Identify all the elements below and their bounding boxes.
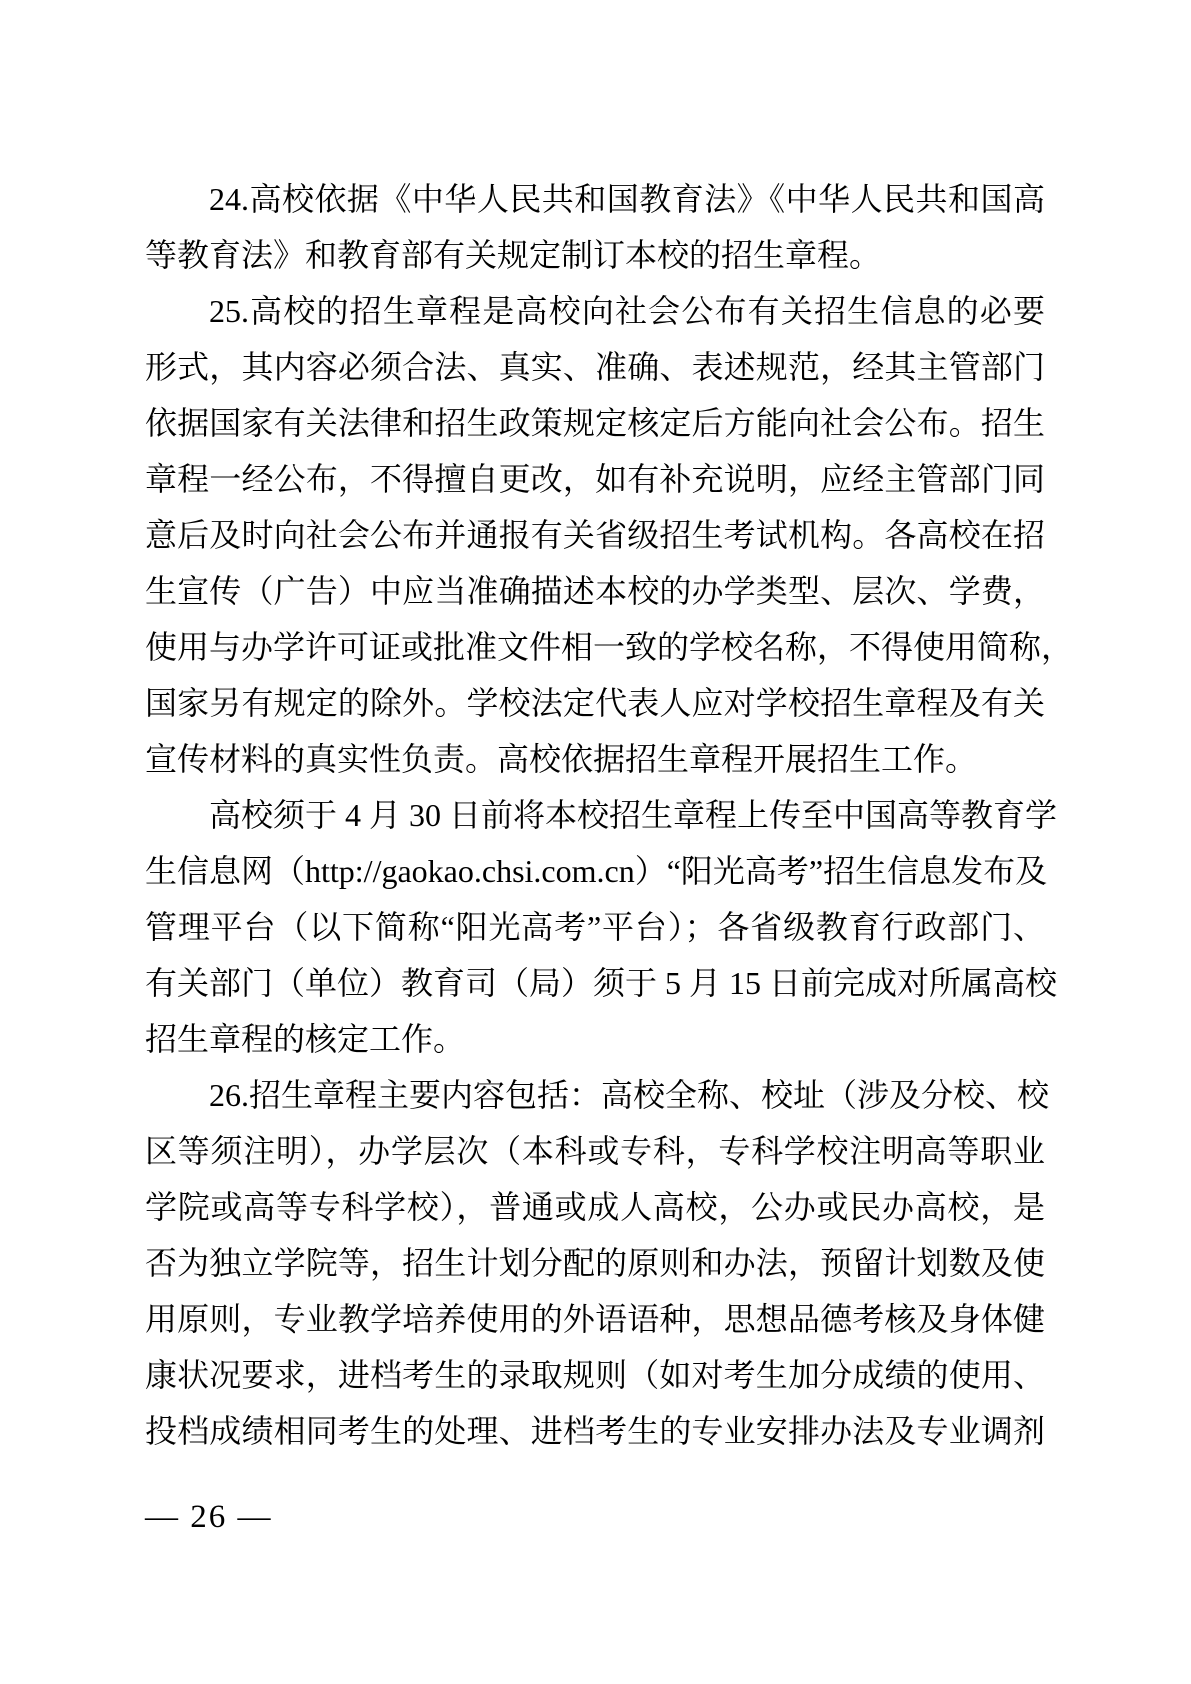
text-line: 意后及时向社会公布并通报有关省级招生考试机构。各高校在招	[145, 507, 1045, 563]
text-line: 用原则，专业教学培养使用的外语语种，思想品德考核及身体健	[145, 1291, 1045, 1347]
text-line: 管理平台（以下简称“阳光高考”平台）；各省级教育行政部门、	[145, 899, 1045, 955]
text-line: 学院或高等专科学校），普通或成人高校，公办或民办高校，是	[145, 1179, 1045, 1235]
paragraph-item-26: 26.招生章程主要内容包括：高校全称、校址（涉及分校、校 区等须注明），办学层次…	[145, 1067, 1045, 1459]
text-line: 生宣传（广告）中应当准确描述本校的办学类型、层次、学费，	[145, 563, 1045, 619]
text-line: 有关部门（单位）教育司（局）须于 5 月 15 日前完成对所属高校	[145, 955, 1045, 1011]
paragraph-item-25: 25.高校的招生章程是高校向社会公布有关招生信息的必要 形式，其内容必须合法、真…	[145, 283, 1045, 787]
text-line: 投档成绩相同考生的处理、进档考生的专业安排办法及专业调剂	[145, 1403, 1045, 1459]
text-line: 否为独立学院等，招生计划分配的原则和办法，预留计划数及使	[145, 1235, 1045, 1291]
text-line: 形式，其内容必须合法、真实、准确、表述规范，经其主管部门	[145, 339, 1045, 395]
text-line: 生信息网（http://gaokao.chsi.com.cn）“阳光高考”招生信…	[145, 843, 1045, 899]
text-line: 使用与办学许可证或批准文件相一致的学校名称，不得使用简称，	[145, 619, 1045, 675]
text-line: 招生章程的核定工作。	[145, 1011, 1045, 1067]
text-line: 26.招生章程主要内容包括：高校全称、校址（涉及分校、校	[145, 1067, 1045, 1123]
text-line: 24.高校依据《中华人民共和国教育法》《中华人民共和国高	[145, 171, 1045, 227]
text-line: 章程一经公布，不得擅自更改，如有补充说明，应经主管部门同	[145, 451, 1045, 507]
text-line: 25.高校的招生章程是高校向社会公布有关招生信息的必要	[145, 283, 1045, 339]
text-line: 宣传材料的真实性负责。高校依据招生章程开展招生工作。	[145, 731, 1045, 787]
text-line: 高校须于 4 月 30 日前将本校招生章程上传至中国高等教育学	[145, 787, 1045, 843]
paragraph-item-24: 24.高校依据《中华人民共和国教育法》《中华人民共和国高 等教育法》和教育部有关…	[145, 171, 1045, 283]
page-number: — 26 —	[145, 1499, 273, 1536]
document-body: 24.高校依据《中华人民共和国教育法》《中华人民共和国高 等教育法》和教育部有关…	[145, 171, 1045, 1459]
text-line: 依据国家有关法律和招生政策规定核定后方能向社会公布。招生	[145, 395, 1045, 451]
text-line: 区等须注明），办学层次（本科或专科，专科学校注明高等职业	[145, 1123, 1045, 1179]
text-line: 国家另有规定的除外。学校法定代表人应对学校招生章程及有关	[145, 675, 1045, 731]
document-page: 24.高校依据《中华人民共和国教育法》《中华人民共和国高 等教育法》和教育部有关…	[0, 0, 1191, 1684]
text-line: 等教育法》和教育部有关规定制订本校的招生章程。	[145, 227, 1045, 283]
paragraph-upload-deadline: 高校须于 4 月 30 日前将本校招生章程上传至中国高等教育学 生信息网（htt…	[145, 787, 1045, 1067]
text-line: 康状况要求，进档考生的录取规则（如对考生加分成绩的使用、	[145, 1347, 1045, 1403]
